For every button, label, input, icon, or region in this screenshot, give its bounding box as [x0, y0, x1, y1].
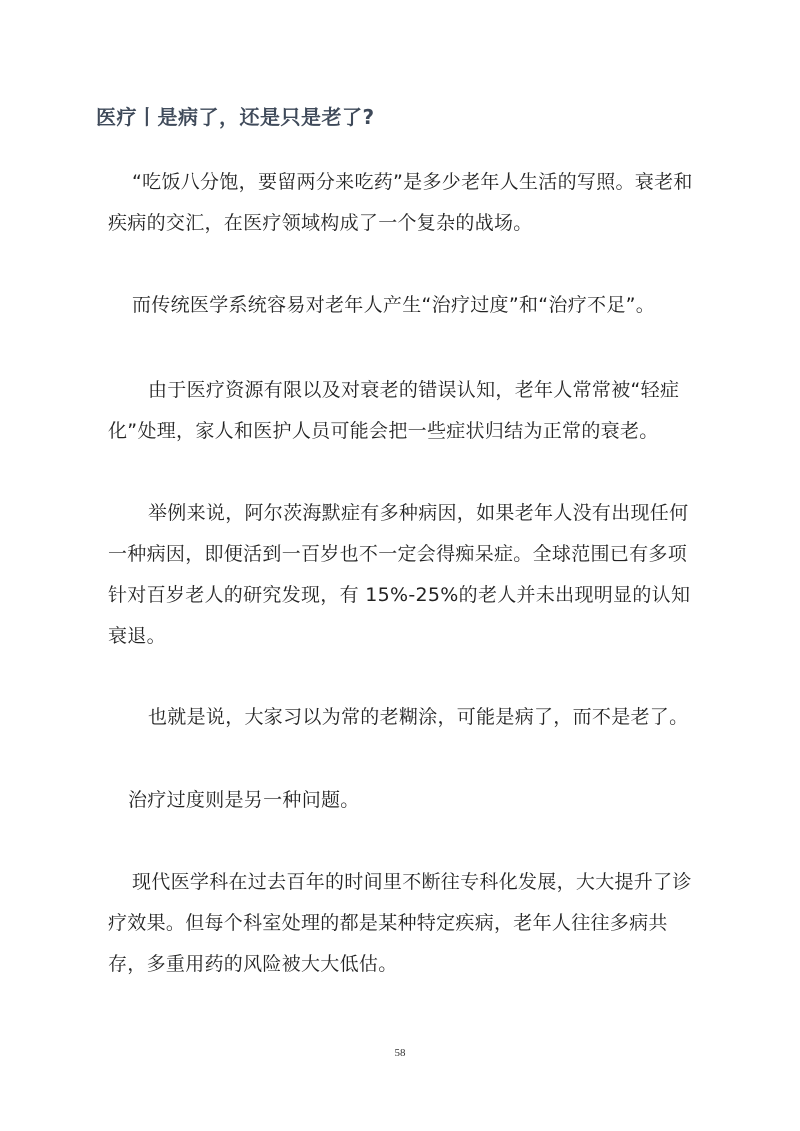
section-title: 医疗丨是病了，还是只是老了?	[96, 101, 375, 130]
paragraph-under-treatment: 由于医疗资源有限以及对衰老的错误认知，老年人常常被“轻症化”处理，家人和医护人员…	[108, 370, 698, 452]
paragraph-conclusion: 也就是说，大家习以为常的老糊涂，可能是病了，而不是老了。	[148, 697, 708, 738]
paragraph-over-under-treatment: 而传统医学系统容易对老年人产生“治疗过度”和“治疗不足”。	[132, 285, 712, 326]
page-number: 58	[0, 1047, 800, 1059]
document-page: 医疗丨是病了，还是只是老了? “吃饭八分饱，要留两分来吃药”是多少老年人生活的写…	[0, 0, 800, 1131]
paragraph-over-treatment: 治疗过度则是另一种问题。	[128, 780, 708, 821]
paragraph-specialization: 现代医学科在过去百年的时间里不断往专科化发展，大大提升了诊疗效果。但每个科室处理…	[108, 862, 698, 985]
paragraph-intro: “吃饭八分饱，要留两分来吃药”是多少老年人生活的写照。衰老和疾病的交汇，在医疗领…	[108, 162, 698, 244]
paragraph-alzheimers-example: 举例来说，阿尔茨海默症有多种病因，如果老年人没有出现任何一种病因，即便活到一百岁…	[108, 493, 698, 657]
